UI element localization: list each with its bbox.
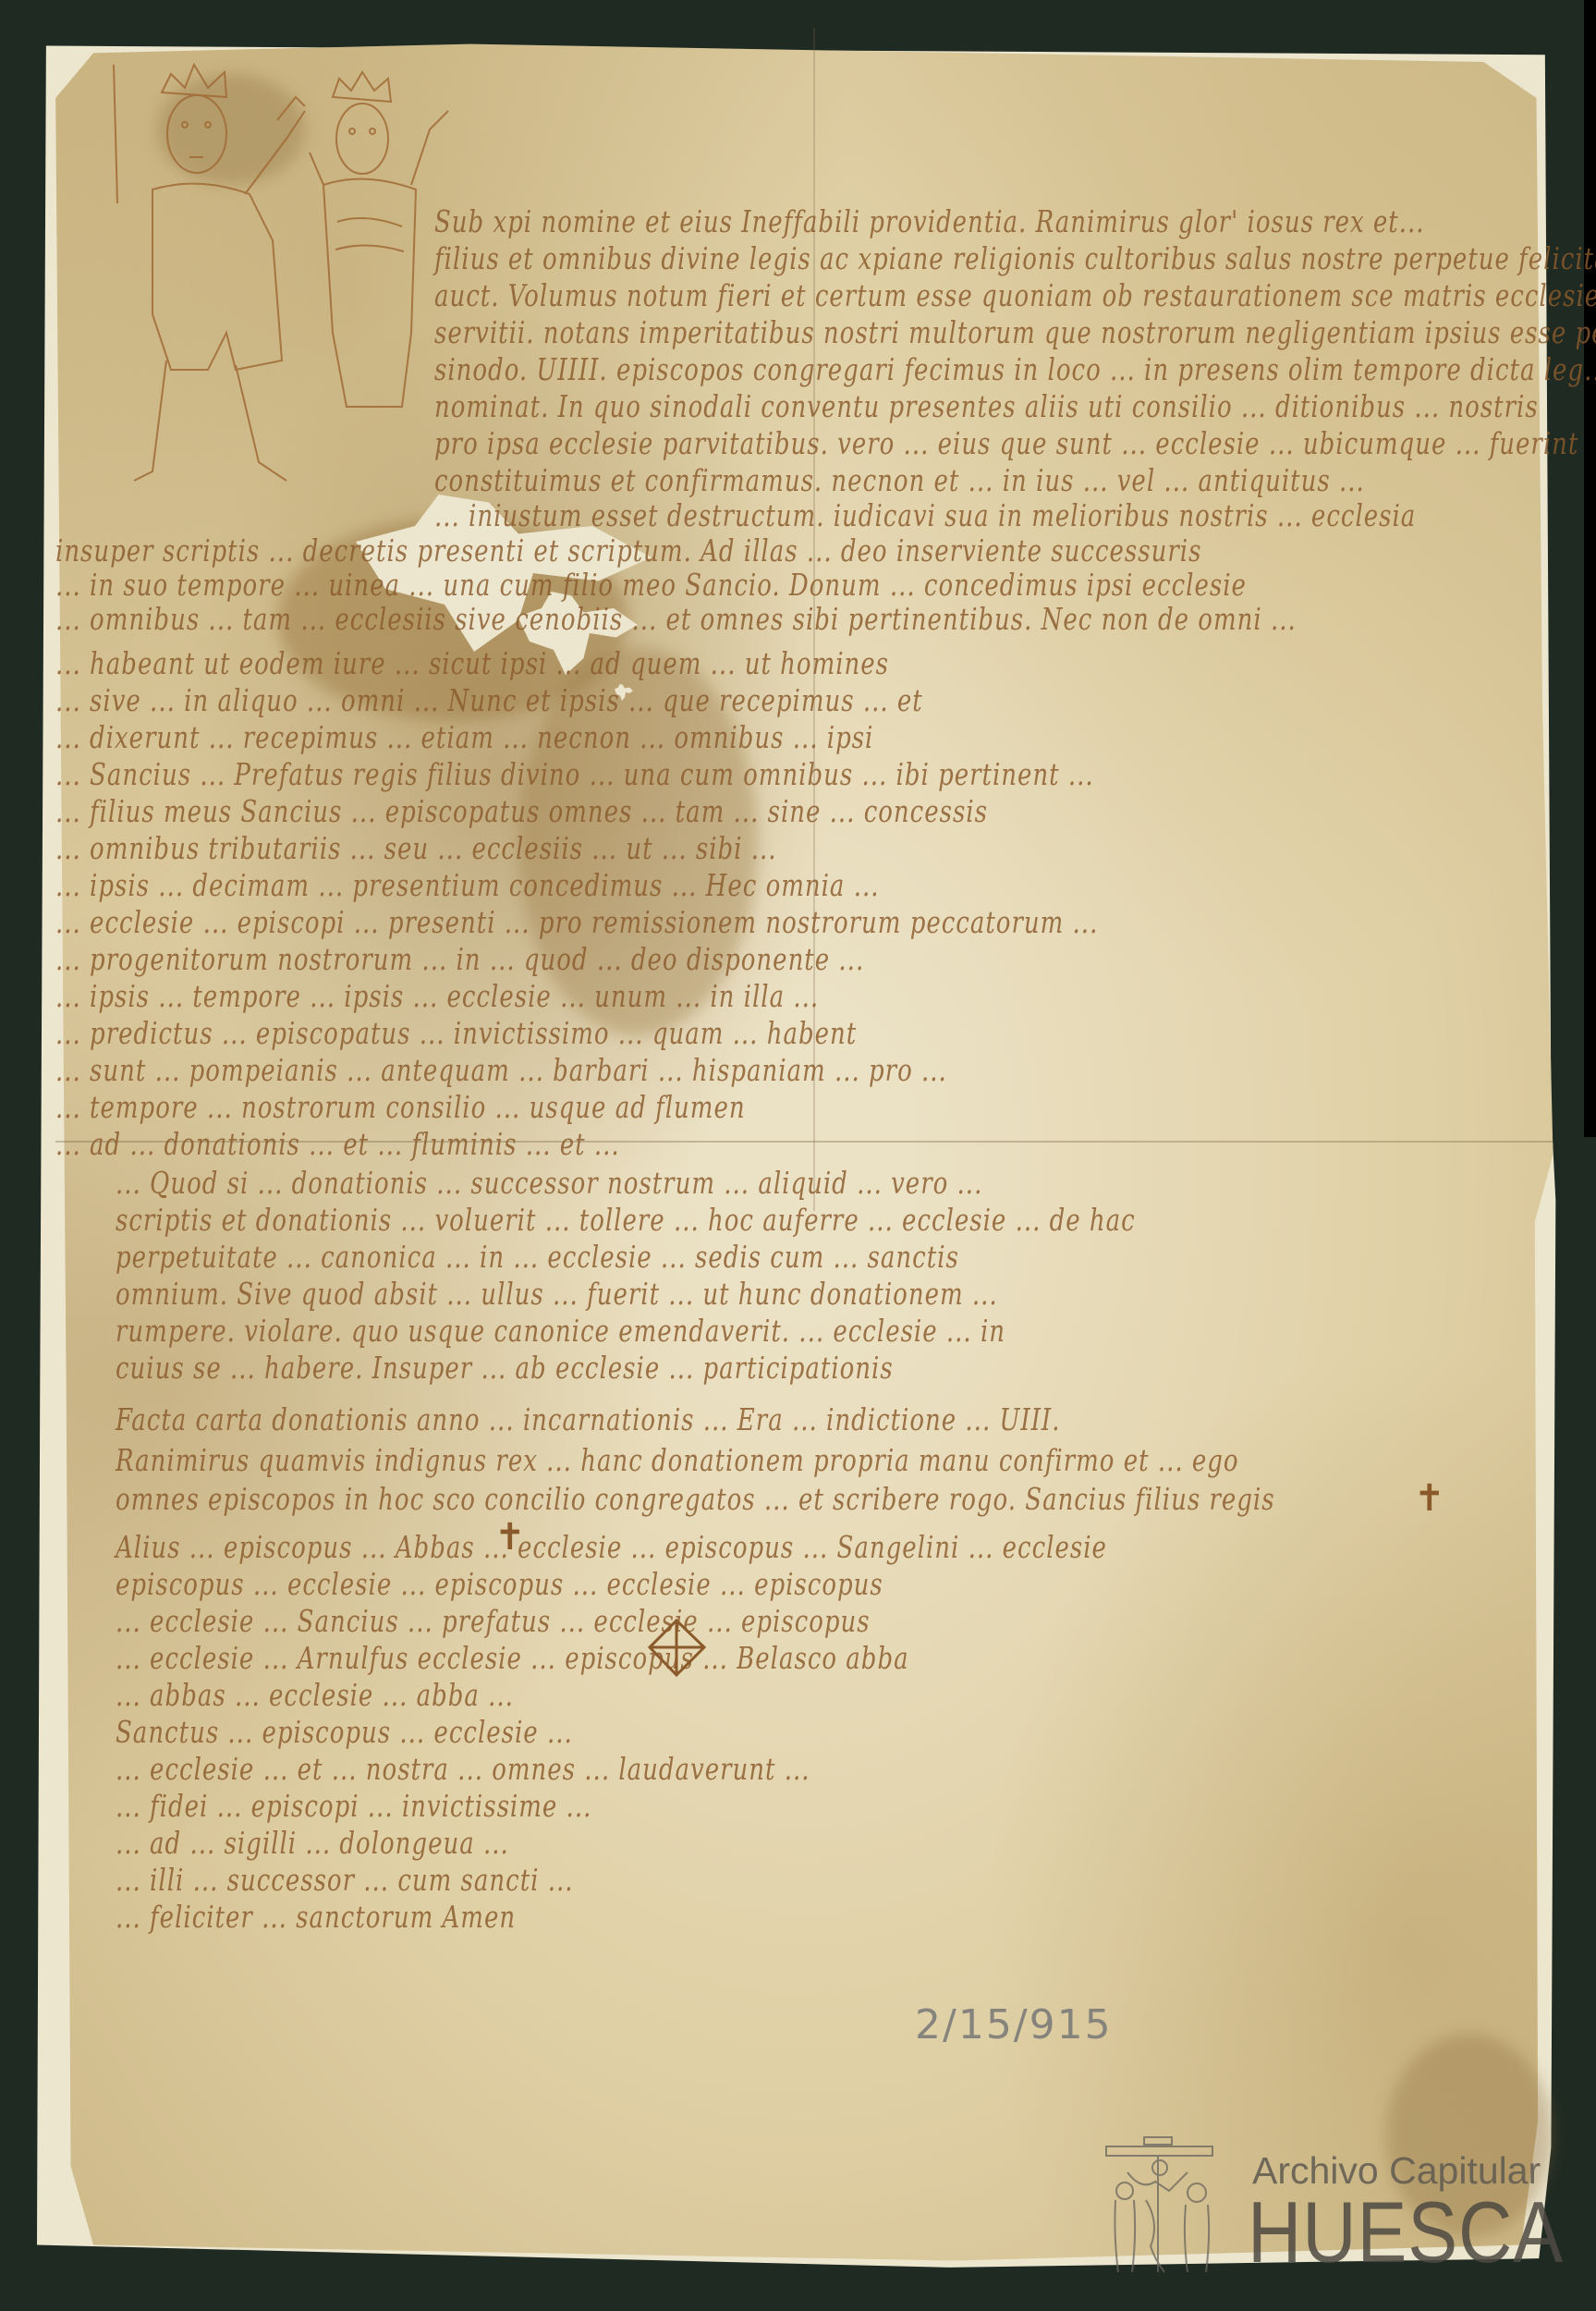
royal-figures-illustration: [97, 55, 457, 499]
text-line: ... ecclesie ... episcopi ... presenti .…: [55, 906, 1098, 941]
dating-clause-line: omnes episcopos in hoc sco concilio cong…: [116, 1483, 1275, 1518]
witness-line: ... fidei ... episcopi ... invictissime …: [116, 1790, 591, 1825]
text-line: nominat. In quo sinodali conventu presen…: [434, 390, 1539, 425]
witness-line: ... ecclesie ... Arnulfus ecclesie ... e…: [116, 1642, 909, 1677]
text-line: scriptis et donationis ... voluerit ... …: [116, 1204, 1136, 1239]
text-line: sinodo. UIIII. episcopos congregari feci…: [434, 353, 1596, 388]
witness-line: ... ecclesie ... et ... nostra ... omnes…: [116, 1753, 810, 1788]
cross-signum-icon: ✝: [494, 1516, 526, 1559]
dating-clause-line: Ranimirus quamvis indignus rex ... hanc …: [116, 1444, 1239, 1479]
witness-line: Alius ... episcopus ... Abbas ... eccles…: [116, 1531, 1107, 1566]
royal-signum-diamond-icon: [642, 1613, 712, 1682]
witness-line: ... illi ... successor ... cum sancti ..…: [116, 1864, 574, 1899]
text-line: perpetuitate ... canonica ... in ... ecc…: [116, 1241, 959, 1276]
text-line: auct. Volumus notum fieri et certum esse…: [434, 279, 1596, 314]
text-line: ... ad ... donationis ... et ... flumini…: [55, 1128, 620, 1163]
text-line: ... ipsis ... decimam ... presentium con…: [55, 869, 880, 904]
witness-line: episcopus ... ecclesie ... episcopus ...…: [116, 1568, 883, 1603]
text-line: ... tempore ... nostrorum consilio ... u…: [55, 1091, 746, 1126]
text-line: ... dixerunt ... recepimus ... etiam ...…: [55, 721, 873, 756]
text-line: ... in suo tempore ... uinea ... una cum…: [55, 569, 1247, 604]
text-line: ... progenitorum nostrorum ... in ... qu…: [55, 943, 864, 978]
text-line: filius et omnibus divine legis ac xpiane…: [434, 242, 1596, 277]
text-line: ... omnibus ... tam ... ecclesiis sive c…: [55, 603, 1297, 638]
scan-edge-strip: [1584, 0, 1596, 1137]
text-line: ... habeant ut eodem iure ... sicut ipsi…: [55, 647, 889, 682]
witness-line: ... abbas ... ecclesie ... abba ...: [116, 1679, 514, 1714]
text-line: ... sive ... in aliquo ... omni ... Nunc…: [55, 684, 923, 719]
text-line: cuius se ... habere. Insuper ... ab eccl…: [116, 1351, 894, 1387]
text-line: omnium. Sive quod absit ... ullus ... fu…: [116, 1278, 998, 1313]
dating-clause-line: Facta carta donationis anno ... incarnat…: [116, 1403, 1060, 1438]
text-line: constituimus et confirmamus. necnon et .…: [434, 464, 1365, 499]
text-line: Sub xpi nomine et eius Ineffabili provid…: [434, 205, 1425, 240]
cross-signum-icon: ✝: [1414, 1477, 1445, 1520]
crucifixion-engraving-icon: [1104, 2135, 1215, 2274]
text-line: insuper scriptis ... decretis presenti e…: [55, 534, 1201, 569]
text-line: ... filius meus Sancius ... episcopatus …: [55, 795, 988, 830]
witness-line: ... ecclesie ... Sancius ... prefatus ..…: [116, 1605, 871, 1640]
text-line: rumpere. violare. quo usque canonice eme…: [116, 1314, 1005, 1350]
text-line: ... Quod si ... donationis ... successor…: [116, 1167, 982, 1202]
witness-line: Sanctus ... episcopus ... ecclesie ...: [116, 1716, 573, 1751]
witness-line: ... feliciter ... sanctorum Amen: [116, 1901, 516, 1936]
text-line: ... omnibus tributariis ... seu ... eccl…: [55, 832, 777, 867]
shelfmark: 2/15/915: [915, 2001, 1113, 2048]
text-line: servitii. notans imperitatibus nostri mu…: [434, 316, 1596, 351]
witness-line: ... ad ... sigilli ... dolongeua ...: [116, 1827, 509, 1862]
text-line: ... ipsis ... tempore ... ipsis ... eccl…: [55, 980, 819, 1015]
text-line: ... predictus ... episcopatus ... invict…: [55, 1017, 857, 1052]
text-line: ... Sancius ... Prefatus regis filius di…: [55, 758, 1094, 793]
text-line: pro ipsa ecclesie parvitatibus. vero ...…: [434, 427, 1578, 462]
archive-city: HUESCA: [1248, 2189, 1564, 2276]
text-line: ... sunt ... pompeianis ... antequam ...…: [55, 1054, 947, 1089]
text-line: ... iniustum esset destructum. iudicavi …: [434, 499, 1416, 534]
